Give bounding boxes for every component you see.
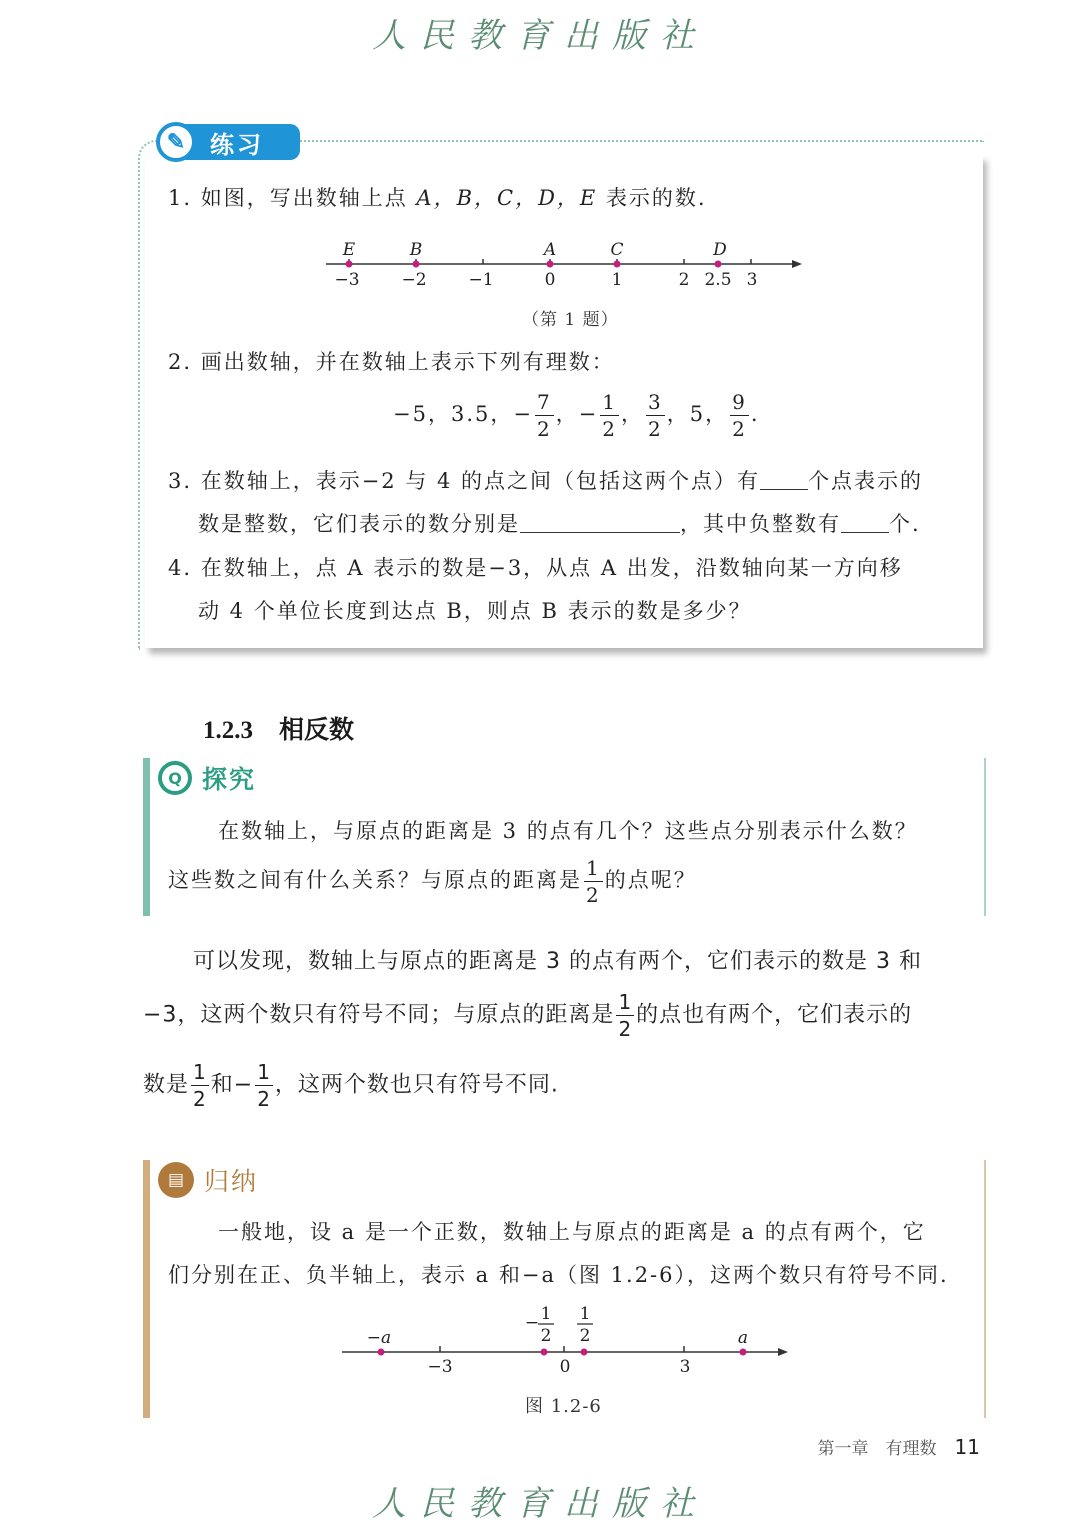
body-line-3: 数是12和−12，这两个数也只有符号不同.	[143, 1062, 559, 1109]
svg-text:3: 3	[680, 1357, 691, 1377]
fraction: 92	[730, 392, 749, 439]
question-1: 1. 如图，写出数轴上点 A，B，C，D，E 表示的数.	[168, 182, 707, 212]
svg-text:1: 1	[612, 270, 623, 290]
page-number: 11	[955, 1435, 980, 1459]
body-line-2: −3，这两个数只有符号不同；与原点的距离是12的点也有两个，它们表示的	[143, 992, 912, 1039]
svg-text:C: C	[610, 240, 623, 260]
svg-text:2: 2	[679, 270, 690, 290]
number-line-q1: EB ACD −3−2−1 012 2.53	[320, 236, 810, 292]
answer-blank[interactable]	[841, 513, 889, 533]
svg-text:−3: −3	[334, 270, 359, 290]
practice-label: 练习	[210, 125, 264, 160]
svg-text:a: a	[738, 1328, 748, 1348]
svg-text:1: 1	[580, 1304, 591, 1324]
fraction: 32	[646, 392, 665, 439]
explore-line-2: 这些数之间有什么关系？与原点的距离是12的点呢？	[168, 858, 697, 905]
explore-line-1: 在数轴上，与原点的距离是 3 的点有几个？这些点分别表示什么数？	[218, 815, 918, 845]
page-footer: 第一章 有理数11	[818, 1434, 980, 1459]
svg-text:B: B	[409, 240, 423, 260]
book-icon: ▤	[158, 1162, 194, 1198]
explore-header: Q 探究	[158, 760, 256, 796]
q1-caption: （第 1 题）	[522, 305, 619, 330]
svg-text:D: D	[712, 240, 727, 260]
fraction: 12	[600, 392, 619, 439]
question-3-line-1: 3. 在数轴上，表示−2 与 4 的点之间（包括这两个点）有个点表示的	[168, 465, 923, 495]
svg-text:−2: −2	[401, 270, 426, 290]
publisher-logo-bottom: 人民教育出版社	[0, 1476, 1080, 1525]
svg-text:−: −	[525, 1313, 539, 1333]
magnifier-icon: Q	[158, 761, 192, 795]
chapter-title: 第一章 有理数	[818, 1439, 937, 1459]
summary-header: ▤ 归纳	[158, 1162, 258, 1198]
publisher-logo-top: 人民教育出版社	[0, 8, 1080, 57]
svg-text:0: 0	[545, 270, 556, 290]
fraction: 12	[255, 1062, 273, 1109]
question-2-values: −5，3.5，−72，−12，32，5，92.	[393, 392, 760, 439]
svg-text:−a: −a	[367, 1328, 391, 1348]
svg-text:3: 3	[747, 270, 758, 290]
question-2: 2. 画出数轴，并在数轴上表示下列有理数：	[168, 346, 615, 376]
question-3-line-2: 数是整数，它们表示的数分别是，其中负整数有个.	[198, 508, 921, 538]
svg-text:−3: −3	[427, 1357, 452, 1377]
summary-line-1: 一般地，设 a 是一个正数，数轴上与原点的距离是 a 的点有两个，它	[218, 1216, 926, 1246]
section-title: 1.2.3相反数	[203, 710, 354, 746]
svg-text:−1: −1	[468, 270, 493, 290]
svg-text:2: 2	[580, 1326, 591, 1346]
pencil-icon: ✎	[156, 122, 196, 162]
practice-tab: ✎ 练习	[160, 124, 300, 160]
svg-text:A: A	[542, 240, 556, 260]
question-4-line-1: 4. 在数轴上，点 A 表示的数是−3，从点 A 出发，沿数轴向某一方向移	[168, 552, 903, 582]
answer-blank[interactable]	[760, 470, 808, 490]
fraction: 12	[584, 858, 603, 905]
svg-text:1: 1	[541, 1304, 552, 1324]
summary-line-2: 们分别在正、负半轴上，表示 a 和−a（图 1.2-6），这两个数只有符号不同.	[168, 1259, 949, 1289]
fraction: 12	[616, 992, 634, 1039]
svg-text:2.5: 2.5	[704, 270, 731, 290]
svg-text:0: 0	[560, 1357, 571, 1377]
svg-text:E: E	[342, 240, 356, 260]
point-list: A，B，C，D，E	[416, 186, 597, 210]
question-4-line-2: 动 4 个单位长度到达点 B，则点 B 表示的数是多少？	[198, 595, 752, 625]
svg-text:2: 2	[541, 1326, 552, 1346]
figure-caption: 图 1.2-6	[525, 1392, 602, 1418]
fraction: 12	[191, 1062, 209, 1109]
fraction: 72	[535, 392, 554, 439]
number-line-figure: −a a − 12 12 −303	[336, 1300, 796, 1380]
body-line-1: 可以发现，数轴上与原点的距离是 3 的点有两个，它们表示的数是 3 和	[193, 944, 922, 975]
answer-blank[interactable]	[520, 513, 680, 533]
